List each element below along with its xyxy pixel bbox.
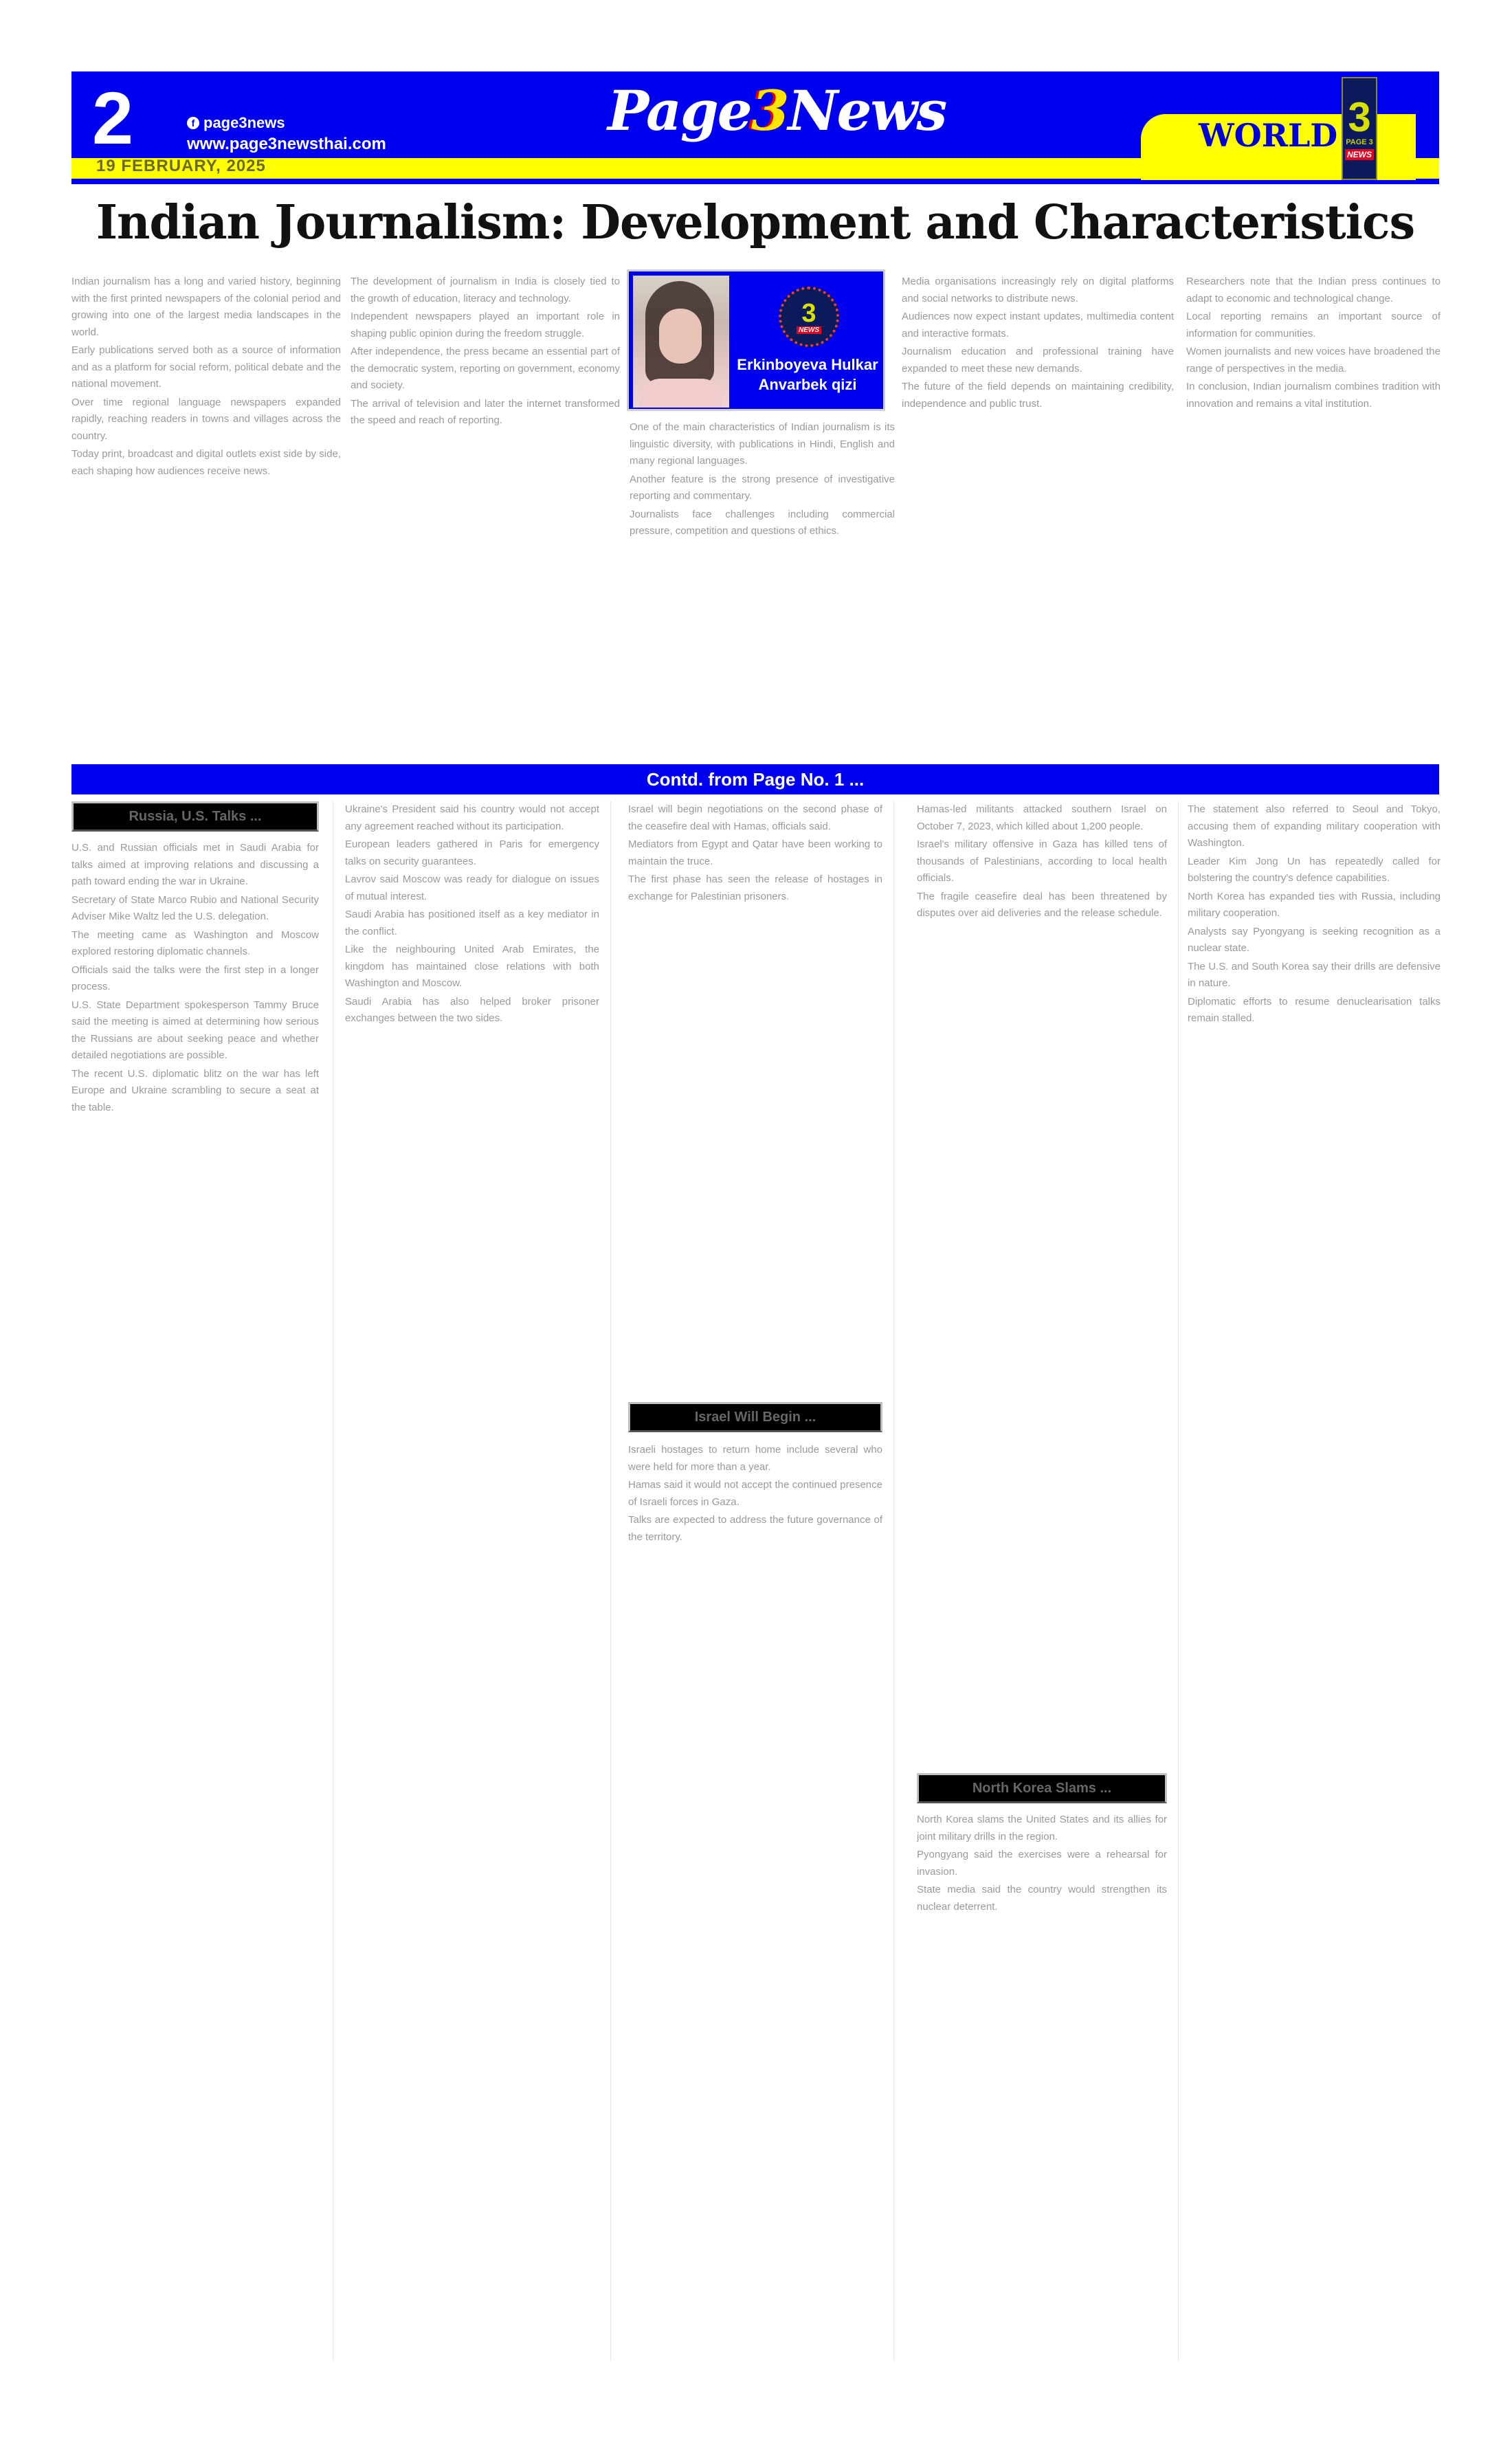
paragraph: Journalists face challenges including co…: [630, 507, 895, 540]
paragraph: European leaders gathered in Paris for e…: [345, 836, 599, 870]
author-name-line1: Erkinboyeva Hulkar: [732, 355, 883, 375]
paragraph: Saudi Arabia has positioned itself as a …: [345, 906, 599, 940]
section-label: WORLD: [1199, 117, 1337, 154]
newspaper-page: 2 f page3news www.page3newsthai.com Page…: [0, 0, 1512, 2448]
paragraph: The future of the field depends on maint…: [902, 379, 1174, 412]
badge-number: 3: [801, 300, 816, 326]
paragraph: Leader Kim Jong Un has repeatedly called…: [1188, 854, 1441, 887]
paragraph: Officials said the talks were the first …: [71, 962, 319, 996]
paragraph: Secretary of State Marco Rubio and Natio…: [71, 892, 319, 926]
paragraph: Local reporting remains an important sou…: [1186, 309, 1441, 342]
page3-news-badge-icon: 3 NEWS: [779, 287, 839, 347]
paragraph: Indian journalism has a long and varied …: [71, 274, 341, 341]
paragraph: Mediators from Egypt and Qatar have been…: [628, 836, 882, 870]
logo-label: PAGE 3: [1346, 138, 1373, 146]
paragraph: Pyongyang said the exercises were a rehe…: [917, 1847, 1167, 1880]
author-name-line2: Anvarbek qizi: [732, 375, 883, 395]
facebook-link[interactable]: f page3news: [187, 114, 285, 132]
article-column-5: Researchers note that the Indian press c…: [1186, 274, 1441, 755]
paragraph: In conclusion, Indian journalism combine…: [1186, 379, 1441, 412]
paragraph: Israel will begin negotiations on the se…: [628, 801, 882, 835]
paragraph: U.S. State Department spokesperson Tammy…: [71, 997, 319, 1065]
brand-number: 3: [751, 78, 788, 143]
paragraph: The fragile ceasefire deal has been thre…: [917, 889, 1167, 922]
paragraph: Diplomatic efforts to resume denuclearis…: [1188, 994, 1441, 1027]
paragraph: Lavrov said Moscow was ready for dialogu…: [345, 871, 599, 905]
paragraph: Researchers note that the Indian press c…: [1186, 274, 1441, 307]
column-divider: [1178, 801, 1179, 2361]
issue-date: 19 FEBRUARY, 2025: [96, 157, 266, 176]
paragraph: Today print, broadcast and digital outle…: [71, 446, 341, 480]
paragraph: Journalism education and professional tr…: [902, 344, 1174, 377]
subhead-russia-us-talks: Russia, U.S. Talks ...: [71, 801, 319, 832]
column-divider: [333, 801, 333, 2361]
page-number: 2: [92, 81, 133, 155]
paragraph: Over time regional language newspapers e…: [71, 394, 341, 445]
paragraph: The recent U.S. diplomatic blitz on the …: [71, 1066, 319, 1117]
paragraph: Hamas-led militants attacked southern Is…: [917, 801, 1167, 835]
author-name: Erkinboyeva Hulkar Anvarbek qizi: [732, 355, 883, 394]
paragraph: Like the neighbouring United Arab Emirat…: [345, 942, 599, 992]
paragraph: The statement also referred to Seoul and…: [1188, 801, 1441, 852]
column-divider: [893, 801, 894, 2361]
paragraph: The U.S. and South Korea say their drill…: [1188, 959, 1441, 992]
paragraph: The development of journalism in India i…: [351, 274, 620, 307]
continued-column-3-bottom: Israeli hostages to return home include …: [628, 1442, 882, 2366]
paragraph: U.S. and Russian officials met in Saudi …: [71, 840, 319, 891]
paragraph: Media organisations increasingly rely on…: [902, 274, 1174, 307]
paragraph: Saudi Arabia has also helped broker pris…: [345, 994, 599, 1027]
badge-label: NEWS: [797, 326, 821, 334]
author-card: 3 NEWS Erkinboyeva Hulkar Anvarbek qizi: [627, 269, 885, 411]
paragraph: Hamas said it would not accept the conti…: [628, 1477, 882, 1511]
paragraph: Israel's military offensive in Gaza has …: [917, 836, 1167, 887]
continued-column-1: U.S. and Russian officials met in Saudi …: [71, 840, 319, 2366]
paragraph: Audiences now expect instant updates, mu…: [902, 309, 1174, 342]
article-headline: Indian Journalism: Development and Chara…: [85, 195, 1425, 250]
paragraph: North Korea has expanded ties with Russi…: [1188, 889, 1441, 922]
facebook-handle: page3news: [203, 114, 285, 132]
continued-banner: Contd. from Page No. 1 ...: [71, 764, 1439, 794]
logo-badge: NEWS: [1345, 149, 1374, 160]
paragraph: The meeting came as Washington and Mosco…: [71, 927, 319, 961]
masthead: 2 f page3news www.page3newsthai.com Page…: [71, 71, 1439, 181]
subhead-north-korea-slams: North Korea Slams ...: [917, 1773, 1167, 1803]
continued-column-4-bottom: North Korea slams the United States and …: [917, 1812, 1167, 2366]
subhead-israel-will-begin: Israel Will Begin ...: [628, 1402, 882, 1432]
logo-number: 3: [1348, 97, 1370, 138]
facebook-icon: f: [187, 117, 199, 129]
paragraph: Early publications served both as a sour…: [71, 342, 341, 393]
continued-column-4-top: Hamas-led militants attacked southern Is…: [917, 801, 1167, 1763]
continued-column-5: The statement also referred to Seoul and…: [1188, 801, 1441, 2366]
paragraph: North Korea slams the United States and …: [917, 1812, 1167, 1845]
paragraph: One of the main characteristics of India…: [630, 419, 895, 470]
paragraph: Israeli hostages to return home include …: [628, 1442, 882, 1476]
author-photo: [633, 276, 729, 408]
continued-column-3-top: Israel will begin negotiations on the se…: [628, 801, 882, 1392]
paragraph: Ukraine's President said his country wou…: [345, 801, 599, 835]
website-link[interactable]: www.page3newsthai.com: [187, 135, 386, 154]
page3-news-logo: 3 PAGE 3 NEWS: [1342, 77, 1377, 180]
paragraph: Another feature is the strong presence o…: [630, 471, 895, 505]
paragraph: Independent newspapers played an importa…: [351, 309, 620, 342]
article-column-2: The development of journalism in India i…: [351, 274, 620, 755]
paragraph: Talks are expected to address the future…: [628, 1512, 882, 1546]
paragraph: State media said the country would stren…: [917, 1882, 1167, 1915]
brand-logo: Page3News: [608, 78, 946, 143]
column-divider: [610, 801, 611, 2361]
paragraph: Women journalists and new voices have br…: [1186, 344, 1441, 377]
paragraph: The arrival of television and later the …: [351, 396, 620, 430]
brand-prefix: Page: [608, 78, 751, 143]
continued-column-2: Ukraine's President said his country wou…: [345, 801, 599, 2366]
article-column-1: Indian journalism has a long and varied …: [71, 274, 341, 755]
paragraph: Analysts say Pyongyang is seeking recogn…: [1188, 924, 1441, 957]
article-column-3: One of the main characteristics of India…: [630, 419, 895, 755]
paragraph: After independence, the press became an …: [351, 344, 620, 394]
paragraph: The first phase has seen the release of …: [628, 871, 882, 905]
brand-suffix: News: [788, 78, 946, 143]
article-column-4: Media organisations increasingly rely on…: [902, 274, 1174, 755]
